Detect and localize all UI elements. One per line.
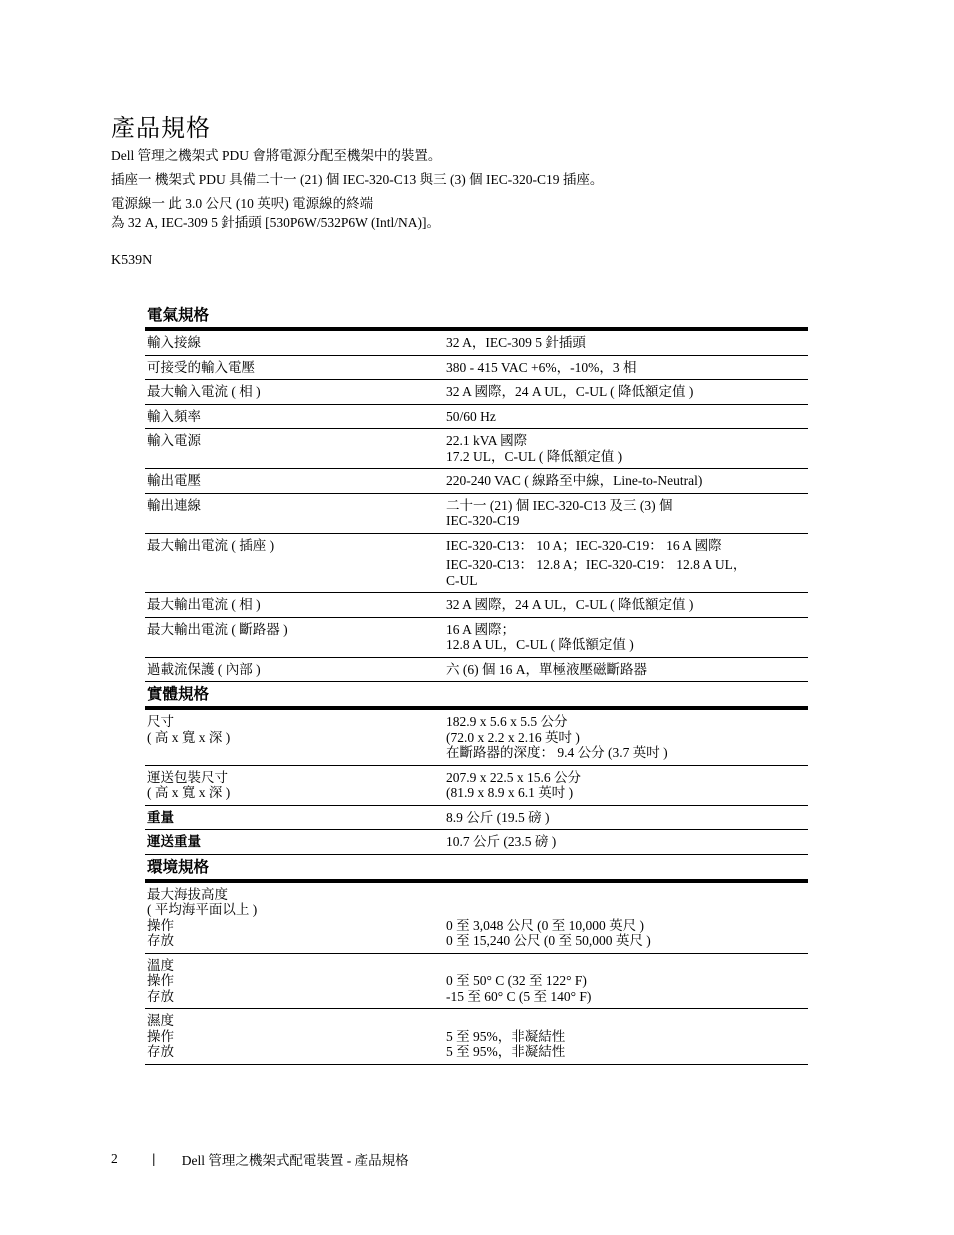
spec-label: 最大輸出電流 ( 相 )	[145, 597, 446, 613]
spec-value-line: (72.0 x 2.2 x 2.16 英吋 )	[446, 730, 808, 746]
spec-row: 運送重量10.7 公斤 (23.5 磅 )	[145, 830, 808, 855]
spec-label: 輸入接線	[145, 335, 446, 351]
spec-value-line: IEC-320-C13： 12.8 A；IEC-320-C19： 12.8 A …	[446, 557, 808, 573]
spec-row: 過載流保護 ( 內部 )六 (6) 個 16 A，單極液壓磁斷路器	[145, 658, 808, 683]
spec-value: 32 A 國際，24 A UL，C-UL ( 降低額定值 )	[446, 597, 808, 613]
spec-value-line	[446, 958, 808, 974]
spec-label: 最大輸入電流 ( 相 )	[145, 384, 446, 400]
spec-value-line: 二十一 (21) 個 IEC-320-C13 及三 (3) 個	[446, 498, 808, 514]
spec-value: 207.9 x 22.5 x 15.6 公分(81.9 x 8.9 x 6.1 …	[446, 770, 808, 801]
spec-row: 最大輸出電流 ( 斷路器 )16 A 國際；12.8 A UL，C-UL ( 降…	[145, 618, 808, 658]
spec-value-line: 17.2 UL，C-UL ( 降低額定值 )	[446, 449, 808, 465]
spec-value: 5 至 95%，非凝結性5 至 95%，非凝結性	[446, 1013, 808, 1060]
spec-value: 二十一 (21) 個 IEC-320-C13 及三 (3) 個IEC-320-C…	[446, 498, 808, 529]
spec-label: 輸入頻率	[145, 409, 446, 425]
spec-label: 運送重量	[145, 834, 446, 850]
section-heading: 環境規格	[145, 855, 808, 883]
spec-value-line: 16 A 國際；	[446, 622, 808, 638]
spec-label: 最大海拔高度 ( 平均海平面以上 ) 操作 存放	[145, 887, 446, 949]
section-heading: 電氣規格	[145, 303, 808, 331]
model-number: K539N	[111, 253, 152, 269]
spec-row: 重量8.9 公斤 (19.5 磅 )	[145, 806, 808, 831]
spec-row: 最大輸出電流 ( 插座 )IEC-320-C13： 10 A；IEC-320-C…	[145, 534, 808, 594]
spec-row: 輸出連線二十一 (21) 個 IEC-320-C13 及三 (3) 個IEC-3…	[145, 494, 808, 534]
section-heading: 實體規格	[145, 682, 808, 710]
spec-value-line: 380 - 415 VAC +6%，-10%，3 相	[446, 360, 808, 376]
intro-line: 插座一 機架式 PDU 具備二十一 (21) 個 IEC-320-C13 與三 …	[111, 170, 603, 189]
intro-line: Dell 管理之機架式 PDU 會將電源分配至機架中的裝置。	[111, 146, 603, 165]
spec-value-line: 50/60 Hz	[446, 409, 808, 425]
spec-value: 0 至 3,048 公尺 (0 至 10,000 英尺 )0 至 15,240 …	[446, 887, 808, 949]
intro-line: 為 32 A, IEC-309 5 針插頭 [530P6W/532P6W (In…	[111, 213, 603, 232]
spec-value: 380 - 415 VAC +6%，-10%，3 相	[446, 360, 808, 376]
intro-text: Dell 管理之機架式 PDU 會將電源分配至機架中的裝置。 插座一 機架式 P…	[111, 146, 603, 237]
spec-value-line: -15 至 60° C (5 至 140° F)	[446, 989, 808, 1005]
spec-label: 濕度 操作 存放	[145, 1013, 446, 1060]
spec-label: 輸出電壓	[145, 473, 446, 489]
spec-value: 32 A，IEC-309 5 針插頭	[446, 335, 808, 351]
spec-table: 電氣規格輸入接線32 A，IEC-309 5 針插頭可接受的輸入電壓380 - …	[145, 303, 808, 1065]
spec-value-line: 在斷路器的深度： 9.4 公分 (3.7 英吋 )	[446, 745, 808, 761]
spec-value: 32 A 國際，24 A UL，C-UL ( 降低額定值 )	[446, 384, 808, 400]
spec-value: 8.9 公斤 (19.5 磅 )	[446, 810, 808, 826]
page-title: 產品規格	[111, 108, 211, 143]
spec-value-line: 0 至 15,240 公尺 (0 至 50,000 英尺 )	[446, 933, 808, 949]
spec-row: 最大海拔高度 ( 平均海平面以上 ) 操作 存放 0 至 3,048 公尺 (0…	[145, 883, 808, 954]
spec-label: 溫度 操作 存放	[145, 958, 446, 1005]
spec-label: 最大輸出電流 ( 斷路器 )	[145, 622, 446, 653]
spec-row: 輸入頻率50/60 Hz	[145, 405, 808, 430]
spec-row: 輸入電源22.1 kVA 國際17.2 UL，C-UL ( 降低額定值 )	[145, 429, 808, 469]
spec-value-line: 12.8 A UL，C-UL ( 降低額定值 )	[446, 637, 808, 653]
spec-value-line: 8.9 公斤 (19.5 磅 )	[446, 810, 808, 826]
spec-row: 最大輸出電流 ( 相 )32 A 國際，24 A UL，C-UL ( 降低額定值…	[145, 593, 808, 618]
spec-label: 最大輸出電流 ( 插座 )	[145, 538, 446, 589]
spec-value-line: 5 至 95%，非凝結性	[446, 1044, 808, 1060]
spec-value: 六 (6) 個 16 A，單極液壓磁斷路器	[446, 662, 808, 678]
spec-value: 182.9 x 5.6 x 5.5 公分(72.0 x 2.2 x 2.16 英…	[446, 714, 808, 761]
spec-label: 可接受的輸入電壓	[145, 360, 446, 376]
spec-value-line: (81.9 x 8.9 x 6.1 英吋 )	[446, 785, 808, 801]
spec-value-line: 32 A 國際，24 A UL，C-UL ( 降低額定值 )	[446, 597, 808, 613]
spec-value-line: 六 (6) 個 16 A，單極液壓磁斷路器	[446, 662, 808, 678]
spec-value: 50/60 Hz	[446, 409, 808, 425]
spec-row: 最大輸入電流 ( 相 )32 A 國際，24 A UL，C-UL ( 降低額定值…	[145, 380, 808, 405]
spec-value: IEC-320-C13： 10 A；IEC-320-C19： 16 A 國際IE…	[446, 538, 808, 589]
spec-label: 重量	[145, 810, 446, 826]
spec-row: 運送包裝尺寸 ( 高 x 寬 x 深 )207.9 x 22.5 x 15.6 …	[145, 766, 808, 806]
spec-row: 尺寸 ( 高 x 寬 x 深 )182.9 x 5.6 x 5.5 公分(72.…	[145, 710, 808, 766]
page-footer: 2 | Dell 管理之機架式配電裝置 - 產品規格	[111, 1149, 409, 1169]
spec-value-line	[446, 902, 808, 918]
spec-row: 輸入接線32 A，IEC-309 5 針插頭	[145, 331, 808, 356]
spec-value: 16 A 國際；12.8 A UL，C-UL ( 降低額定值 )	[446, 622, 808, 653]
spec-value-line: 5 至 95%，非凝結性	[446, 1029, 808, 1045]
spec-value-line: 10.7 公斤 (23.5 磅 )	[446, 834, 808, 850]
spec-value-line: 220-240 VAC ( 線路至中線，Line-to-Neutral)	[446, 473, 808, 489]
spec-label: 尺寸 ( 高 x 寬 x 深 )	[145, 714, 446, 761]
spec-row: 可接受的輸入電壓380 - 415 VAC +6%，-10%，3 相	[145, 356, 808, 381]
spec-value-line	[446, 1013, 808, 1029]
spec-label: 過載流保護 ( 內部 )	[145, 662, 446, 678]
spec-value-line: 32 A，IEC-309 5 針插頭	[446, 335, 808, 351]
spec-value-line: 0 至 50° C (32 至 122° F)	[446, 973, 808, 989]
spec-value: 0 至 50° C (32 至 122° F)-15 至 60° C (5 至 …	[446, 958, 808, 1005]
spec-value: 220-240 VAC ( 線路至中線，Line-to-Neutral)	[446, 473, 808, 489]
footer-title: Dell 管理之機架式配電裝置 - 產品規格	[182, 1149, 409, 1169]
spec-value-line: 0 至 3,048 公尺 (0 至 10,000 英尺 )	[446, 918, 808, 934]
spec-value-line: 207.9 x 22.5 x 15.6 公分	[446, 770, 808, 786]
spec-value-line: IEC-320-C19	[446, 513, 808, 529]
spec-label: 運送包裝尺寸 ( 高 x 寬 x 深 )	[145, 770, 446, 801]
spec-value: 10.7 公斤 (23.5 磅 )	[446, 834, 808, 850]
spec-value-line: 32 A 國際，24 A UL，C-UL ( 降低額定值 )	[446, 384, 808, 400]
spec-value-line: IEC-320-C13： 10 A；IEC-320-C19： 16 A 國際	[446, 538, 808, 554]
spec-row: 濕度 操作 存放 5 至 95%，非凝結性5 至 95%，非凝結性	[145, 1009, 808, 1065]
footer-separator: |	[152, 1152, 156, 1166]
spec-label: 輸出連線	[145, 498, 446, 529]
spec-value-line: C-UL	[446, 573, 808, 589]
spec-value-line: 22.1 kVA 國際	[446, 433, 808, 449]
spec-value-line: 182.9 x 5.6 x 5.5 公分	[446, 714, 808, 730]
intro-line: 電源線一 此 3.0 公尺 (10 英呎) 電源線的終端	[111, 194, 603, 213]
spec-row: 輸出電壓220-240 VAC ( 線路至中線，Line-to-Neutral)	[145, 469, 808, 494]
spec-row: 溫度 操作 存放 0 至 50° C (32 至 122° F)-15 至 60…	[145, 954, 808, 1010]
spec-value: 22.1 kVA 國際17.2 UL，C-UL ( 降低額定值 )	[446, 433, 808, 464]
spec-label: 輸入電源	[145, 433, 446, 464]
spec-value-line	[446, 887, 808, 903]
page-number: 2	[111, 1151, 118, 1167]
